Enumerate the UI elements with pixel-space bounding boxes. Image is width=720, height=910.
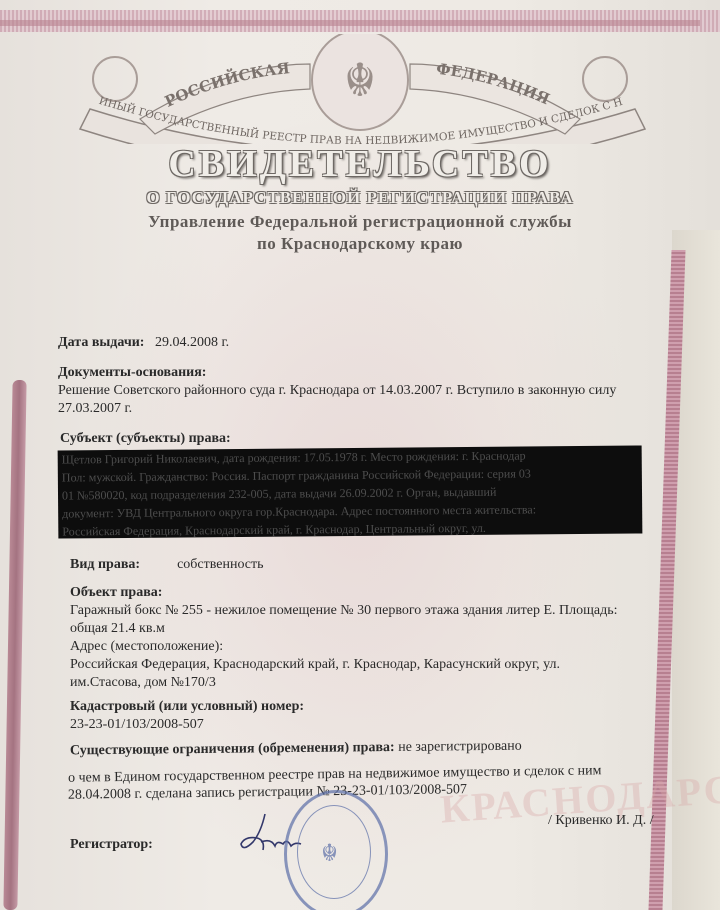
basis-label: Документы-основания: (58, 364, 206, 382)
header-banner: ☬ РОССИЙСКАЯ ФЕДЕРАЦИЯ ЕДИНЫЙ ГОСУДАРСТВ… (60, 34, 660, 144)
ribbon-banner-graphic: ☬ РОССИЙСКАЯ ФЕДЕРАЦИЯ ЕДИНЫЙ ГОСУДАРСТВ… (60, 34, 660, 144)
top-border-band (0, 20, 700, 26)
right-type-label: Вид права: (70, 557, 140, 572)
issue-date-value: 29.04.2008 г. (155, 335, 229, 350)
issue-date-row: Дата выдачи: 29.04.2008 г. (58, 334, 229, 352)
issuer-line-1: Управление Федеральной регистрационной с… (0, 212, 720, 232)
right-type-row: Вид права: собственность (70, 556, 264, 574)
cadastral-value: 23-23-01/103/2008-507 (70, 716, 204, 734)
restrictions-label: Существующие ограничения (обременения) п… (70, 740, 395, 758)
registrar-name: / Кривенко И. Д. / (548, 812, 654, 830)
address-label: Адрес (местоположение): (70, 638, 223, 656)
document-subtitle: О ГОСУДАРСТВЕННОЙ РЕГИСТРАЦИИ ПРАВА (0, 188, 720, 208)
issue-date-label: Дата выдачи: (58, 335, 144, 350)
basis-value: Решение Советского районного суда г. Кра… (58, 382, 648, 418)
cadastral-label: Кадастровый (или условный) номер: (70, 698, 304, 716)
restrictions-value: не зарегистрировано (398, 739, 522, 755)
right-type-value: собственность (177, 557, 263, 572)
emblem-icon: ☬ (344, 53, 377, 107)
document-title: СВИДЕТЕЛЬСТВО (0, 142, 720, 186)
issuer-line-2: по Краснодарскому краю (0, 234, 720, 254)
address-value: Российская Федерация, Краснодарский край… (70, 656, 610, 692)
object-label: Объект права: (70, 584, 162, 602)
official-seal-icon: ☬ (284, 790, 388, 910)
subject-label: Субъект (субъекты) права: (60, 430, 231, 448)
registrar-label: Регистратор: (70, 836, 153, 854)
object-value: Гаражный бокс № 255 - нежилое помещение … (70, 602, 640, 638)
redacted-subject-block: Щетлов Григорий Николаевич, дата рождени… (58, 445, 643, 538)
